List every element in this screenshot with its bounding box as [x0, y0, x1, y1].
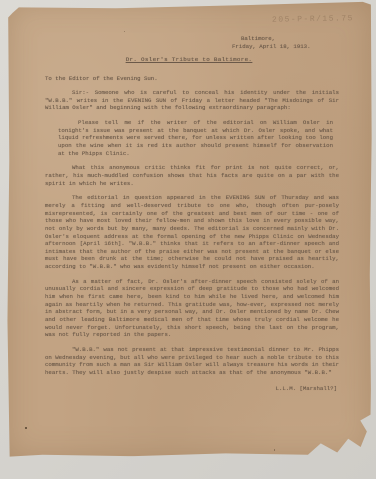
- quoted-paragraph: Please tell me if the writer of the edit…: [58, 119, 333, 157]
- paragraph-1: Sir:- Someone who is careful to conceal …: [45, 89, 339, 112]
- date-line: Friday, April 18, 1913.: [232, 43, 311, 51]
- paragraph-2: What this anonymous critic thinks fit fo…: [45, 164, 339, 187]
- scan-background: { "archival_mark": "205-P-R/15.75", "let…: [0, 0, 376, 479]
- paragraph-5: "W.B.B." was not present at that impress…: [45, 346, 339, 377]
- paragraph-3: The editorial in question appeared in th…: [45, 194, 339, 271]
- paper-speck: [25, 427, 27, 429]
- letter-body: Sir:- Someone who is careful to conceal …: [45, 89, 339, 392]
- paper-speck: [124, 31, 125, 32]
- place-line: Baltimore,: [232, 35, 311, 43]
- paper-speck: [274, 449, 275, 451]
- letterhead: Baltimore, Friday, April 18, 1913.: [232, 35, 311, 50]
- archival-mark: 205-P-R/15.75: [272, 14, 354, 24]
- signature: L.L.M. [Marshall?]: [45, 385, 339, 393]
- salutation: To the Editor of the Evening Sun.: [45, 75, 158, 82]
- letter-title: Dr. Osler's Tribute to Baltimore.: [6, 56, 372, 63]
- letter-paper: 205-P-R/15.75 Baltimore, Friday, April 1…: [6, 1, 372, 458]
- paragraph-4: As a matter of fact, Dr. Osler's after-d…: [45, 278, 339, 339]
